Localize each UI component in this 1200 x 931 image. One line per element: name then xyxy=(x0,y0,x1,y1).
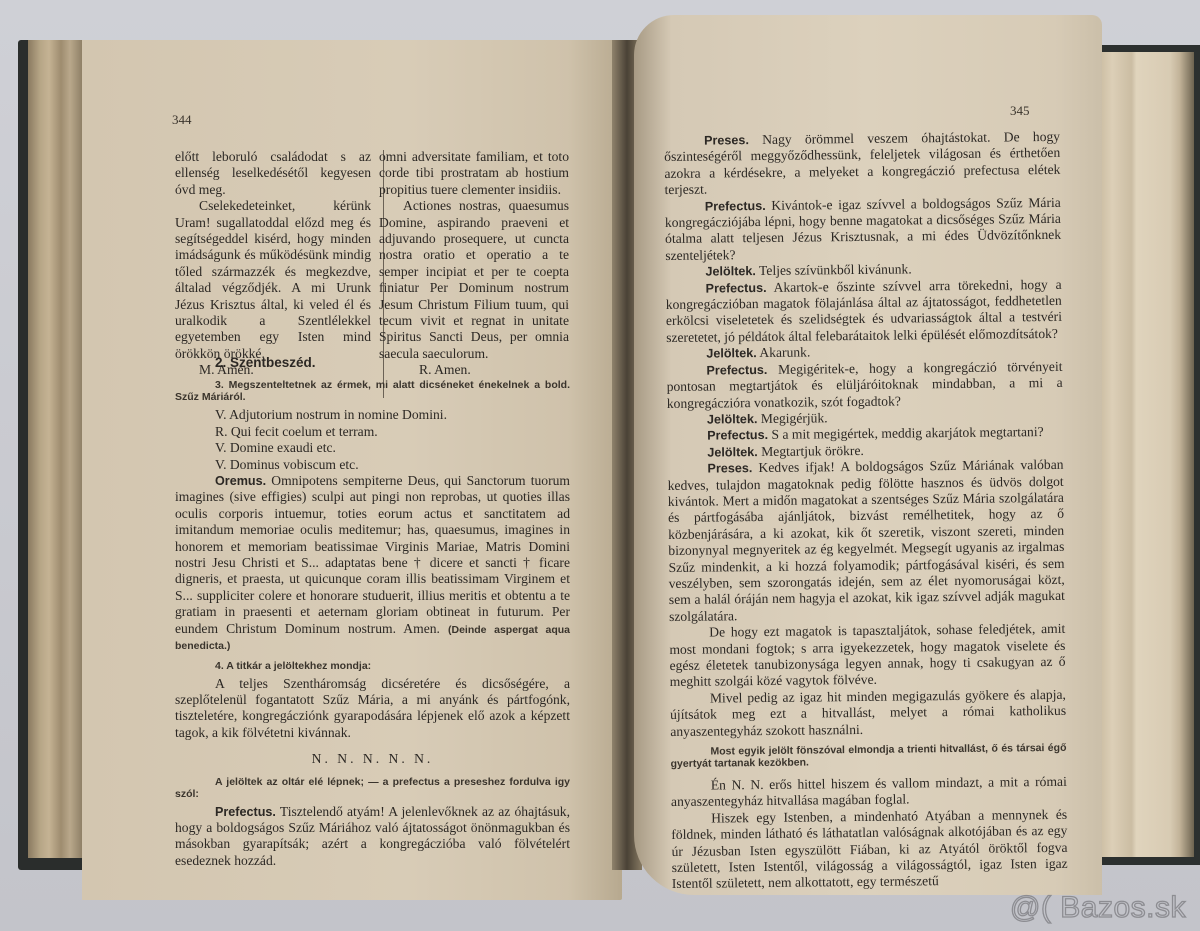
paragraph-de-hogy: De hogy ezt magatok is tapasztaljátok, s… xyxy=(669,621,1066,691)
dialogue-line: Prefectus. Kivántok-e igaz szívvel a bol… xyxy=(665,194,1062,264)
speaker-label: Preses. xyxy=(707,461,752,475)
dialogue-text: Kedves ifjak! A boldogságos Szűz Máriána… xyxy=(668,457,1065,624)
dialogue-text: Megtartjuk örökre. xyxy=(761,443,864,459)
rubric-creed: Most egyik jelölt fönszóval elmondja a t… xyxy=(670,742,1066,770)
col1-paragraph-2: Cselekedeteinket, kérünk Uram! sugallato… xyxy=(175,198,371,362)
left-column-2: omni adversitate familiam, et toto corde… xyxy=(379,149,569,379)
speaker-label: Prefectus. xyxy=(706,363,767,378)
versicle: V. Domine exaudi etc. xyxy=(215,440,570,456)
rubric-3: 3. Megszenteltetnek az érmek, mi alatt d… xyxy=(175,379,570,403)
page-stack-right xyxy=(1098,52,1194,857)
col2-paragraph-1: omni adversitate familiam, et toto corde… xyxy=(379,149,569,198)
candidate-names: N. N. N. N. N. xyxy=(175,751,570,767)
rubric-5: A jelöltek az oltár elé lépnek; — a pref… xyxy=(175,776,570,800)
speaker-label: Prefectus. xyxy=(705,199,766,214)
dialogue-line: Preses. Kedves ifjak! A boldogságos Szűz… xyxy=(667,457,1065,625)
dialogue-text: Teljes szívünkből kivánunk. xyxy=(759,262,912,279)
page-number-right: 345 xyxy=(1010,103,1030,119)
versicle-list: V. Adjutorium nostrum in nomine Domini. … xyxy=(175,407,570,473)
left-lower-block: 2. Szentbeszéd. 3. Megszenteltetnek az é… xyxy=(175,355,570,869)
versicle: V. Adjutorium nostrum in nomine Domini. xyxy=(215,407,570,423)
page-number-left: 344 xyxy=(172,112,192,128)
speaker-label: Preses. xyxy=(704,133,749,147)
col2-paragraph-2: Actiones nostras, quaesumus Domine, aspi… xyxy=(379,198,569,362)
paragraph-mivel: Mivel pedig az igaz hit minden megigazul… xyxy=(670,687,1066,740)
dialogue-text: S a mit megigértek, meddig akarjátok meg… xyxy=(771,424,1043,442)
speaker-label: Jelöltek. xyxy=(707,445,758,460)
rubric-4: 4. A titkár a jelöltekhez mondja: xyxy=(175,660,570,672)
oremus-label: Oremus. xyxy=(215,474,266,488)
dialogue-text: Akarunk. xyxy=(759,345,810,361)
speaker-label: Prefectus. xyxy=(707,428,768,443)
speaker-label: Jelöltek. xyxy=(707,412,758,427)
versicle: V. Dominus vobiscum etc. xyxy=(215,457,570,473)
speaker-label: Prefectus. xyxy=(706,281,767,296)
watermark-logo: @( Bazos.sk xyxy=(1010,891,1186,925)
col1-paragraph-1: előtt leboruló családodat s az ellenség … xyxy=(175,149,371,198)
oremus-paragraph: Oremus. Omnipotens sempiterne Deus, qui … xyxy=(175,473,570,653)
paragraph-en: Én N. N. erős hittel hiszem és vallom mi… xyxy=(671,774,1067,811)
left-column-1: előtt leboruló családodat s az ellenség … xyxy=(175,149,371,379)
page-stack-left xyxy=(28,40,88,858)
right-page-text: Preses. Nagy örömmel veszem óhajtástokat… xyxy=(664,129,1068,893)
section-heading: 2. Szentbeszéd. xyxy=(175,355,570,371)
speaker-label: Prefectus. xyxy=(215,805,276,819)
versicle: R. Qui fecit coelum et terram. xyxy=(215,424,570,440)
secretary-paragraph: A teljes Szentháromság dicséretére és di… xyxy=(175,676,570,742)
speaker-label: Jelöltek. xyxy=(706,346,757,361)
paragraph-hiszek: Hiszek egy Istenben, a mindenható Atyába… xyxy=(671,807,1068,893)
oremus-text: Omnipotens sempiterne Deus, qui Sanctoru… xyxy=(175,473,570,636)
prefectus-paragraph: Prefectus. Tisztelendő atyám! A jelenlev… xyxy=(175,804,570,870)
dialogue-text: Megigérjük. xyxy=(761,410,828,426)
dialogue-line: Preses. Nagy örömmel veszem óhajtástokat… xyxy=(664,129,1061,199)
dialogue-line: Prefectus. Akartok-e őszinte szívvel arr… xyxy=(666,277,1063,347)
dialogue-line: Prefectus. Megigéritek-e, hogy a kongreg… xyxy=(666,359,1062,412)
speaker-label: Jelöltek. xyxy=(705,264,756,279)
